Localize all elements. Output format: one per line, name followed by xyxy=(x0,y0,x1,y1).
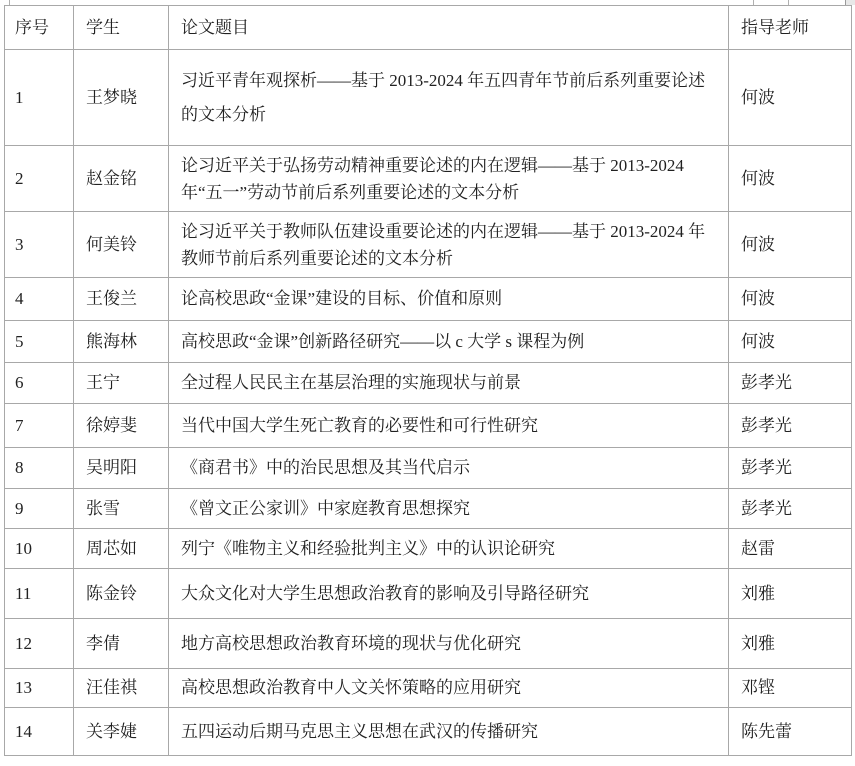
cell-index: 9 xyxy=(5,489,74,529)
cell-student: 徐婷斐 xyxy=(74,404,169,448)
cell-student: 熊海林 xyxy=(74,321,169,363)
cell-student: 王宁 xyxy=(74,363,169,404)
table-row: 5 熊海林 高校思政“金课”创新路径研究——以 c 大学 s 课程为例 何波 xyxy=(5,321,852,363)
table-row: 4 王俊兰 论高校思政“金课”建设的目标、价值和原则 何波 xyxy=(5,278,852,321)
cell-advisor: 邓铿 xyxy=(729,669,852,708)
cell-index: 4 xyxy=(5,278,74,321)
cell-title: 大众文化对大学生思想政治教育的影响及引导路径研究 xyxy=(169,569,729,619)
table-row: 8 吴明阳 《商君书》中的治民思想及其当代启示 彭孝光 xyxy=(5,448,852,489)
cell-index: 14 xyxy=(5,708,74,756)
cell-student: 李倩 xyxy=(74,619,169,669)
table-row: 3 何美铃 论习近平关于教师队伍建设重要论述的内在逻辑——基于 2013-202… xyxy=(5,212,852,278)
cell-title: 高校思政“金课”创新路径研究——以 c 大学 s 课程为例 xyxy=(169,321,729,363)
cell-title: 全过程人民民主在基层治理的实施现状与前景 xyxy=(169,363,729,404)
cell-advisor: 陈先蕾 xyxy=(729,708,852,756)
cell-title: 论习近平关于教师队伍建设重要论述的内在逻辑——基于 2013-2024 年教师节… xyxy=(169,212,729,278)
table-row: 14 关李婕 五四运动后期马克思主义思想在武汉的传播研究 陈先蕾 xyxy=(5,708,852,756)
table-row: 13 汪佳祺 高校思想政治教育中人文关怀策略的应用研究 邓铿 xyxy=(5,669,852,708)
cell-index: 1 xyxy=(5,50,74,146)
cell-title: 论高校思政“金课”建设的目标、价值和原则 xyxy=(169,278,729,321)
cell-student: 何美铃 xyxy=(74,212,169,278)
cell-index: 8 xyxy=(5,448,74,489)
cell-advisor: 何波 xyxy=(729,50,852,146)
cell-title: 五四运动后期马克思主义思想在武汉的传播研究 xyxy=(169,708,729,756)
cell-advisor: 何波 xyxy=(729,321,852,363)
cell-student: 赵金铭 xyxy=(74,146,169,212)
cell-title: 地方高校思想政治教育环境的现状与优化研究 xyxy=(169,619,729,669)
table-row: 10 周芯如 列宁《唯物主义和经验批判主义》中的认识论研究 赵雷 xyxy=(5,529,852,569)
cell-title: 《曾文正公家训》中家庭教育思想探究 xyxy=(169,489,729,529)
cell-index: 12 xyxy=(5,619,74,669)
cell-advisor: 刘雅 xyxy=(729,619,852,669)
cell-advisor: 何波 xyxy=(729,212,852,278)
thesis-table-container: 序号 学生 论文题目 指导老师 1 王梦晓 习近平青年观探析——基于 2013-… xyxy=(4,5,851,756)
cell-title: 当代中国大学生死亡教育的必要性和可行性研究 xyxy=(169,404,729,448)
cell-student: 王梦晓 xyxy=(74,50,169,146)
cell-advisor: 赵雷 xyxy=(729,529,852,569)
cell-student: 关李婕 xyxy=(74,708,169,756)
table-row: 11 陈金铃 大众文化对大学生思想政治教育的影响及引导路径研究 刘雅 xyxy=(5,569,852,619)
table-row: 1 王梦晓 习近平青年观探析——基于 2013-2024 年五四青年节前后系列重… xyxy=(5,50,852,146)
column-header-advisor: 指导老师 xyxy=(729,6,852,50)
table-row: 7 徐婷斐 当代中国大学生死亡教育的必要性和可行性研究 彭孝光 xyxy=(5,404,852,448)
table-row: 6 王宁 全过程人民民主在基层治理的实施现状与前景 彭孝光 xyxy=(5,363,852,404)
cell-advisor: 刘雅 xyxy=(729,569,852,619)
cell-index: 10 xyxy=(5,529,74,569)
cell-index: 6 xyxy=(5,363,74,404)
cell-index: 5 xyxy=(5,321,74,363)
cell-advisor: 彭孝光 xyxy=(729,363,852,404)
cell-title: 习近平青年观探析——基于 2013-2024 年五四青年节前后系列重要论述的文本… xyxy=(169,50,729,146)
cell-student: 吴明阳 xyxy=(74,448,169,489)
cell-advisor: 彭孝光 xyxy=(729,489,852,529)
cell-student: 陈金铃 xyxy=(74,569,169,619)
cell-index: 7 xyxy=(5,404,74,448)
cell-index: 13 xyxy=(5,669,74,708)
table-header-row: 序号 学生 论文题目 指导老师 xyxy=(5,6,852,50)
cell-index: 2 xyxy=(5,146,74,212)
cell-advisor: 何波 xyxy=(729,278,852,321)
table-row: 9 张雪 《曾文正公家训》中家庭教育思想探究 彭孝光 xyxy=(5,489,852,529)
cell-title: 列宁《唯物主义和经验批判主义》中的认识论研究 xyxy=(169,529,729,569)
cell-student: 张雪 xyxy=(74,489,169,529)
cell-index: 3 xyxy=(5,212,74,278)
column-header-index: 序号 xyxy=(5,6,74,50)
cell-title: 《商君书》中的治民思想及其当代启示 xyxy=(169,448,729,489)
cell-student: 汪佳祺 xyxy=(74,669,169,708)
column-header-student: 学生 xyxy=(74,6,169,50)
cell-student: 王俊兰 xyxy=(74,278,169,321)
cell-title: 高校思想政治教育中人文关怀策略的应用研究 xyxy=(169,669,729,708)
cell-advisor: 彭孝光 xyxy=(729,404,852,448)
cell-advisor: 何波 xyxy=(729,146,852,212)
cell-index: 11 xyxy=(5,569,74,619)
table-row: 12 李倩 地方高校思想政治教育环境的现状与优化研究 刘雅 xyxy=(5,619,852,669)
column-header-title: 论文题目 xyxy=(169,6,729,50)
cell-advisor: 彭孝光 xyxy=(729,448,852,489)
table-row: 2 赵金铭 论习近平关于弘扬劳动精神重要论述的内在逻辑——基于 2013-202… xyxy=(5,146,852,212)
cell-title: 论习近平关于弘扬劳动精神重要论述的内在逻辑——基于 2013-2024 年“五一… xyxy=(169,146,729,212)
thesis-assignment-table: 序号 学生 论文题目 指导老师 1 王梦晓 习近平青年观探析——基于 2013-… xyxy=(4,5,852,756)
cell-student: 周芯如 xyxy=(74,529,169,569)
